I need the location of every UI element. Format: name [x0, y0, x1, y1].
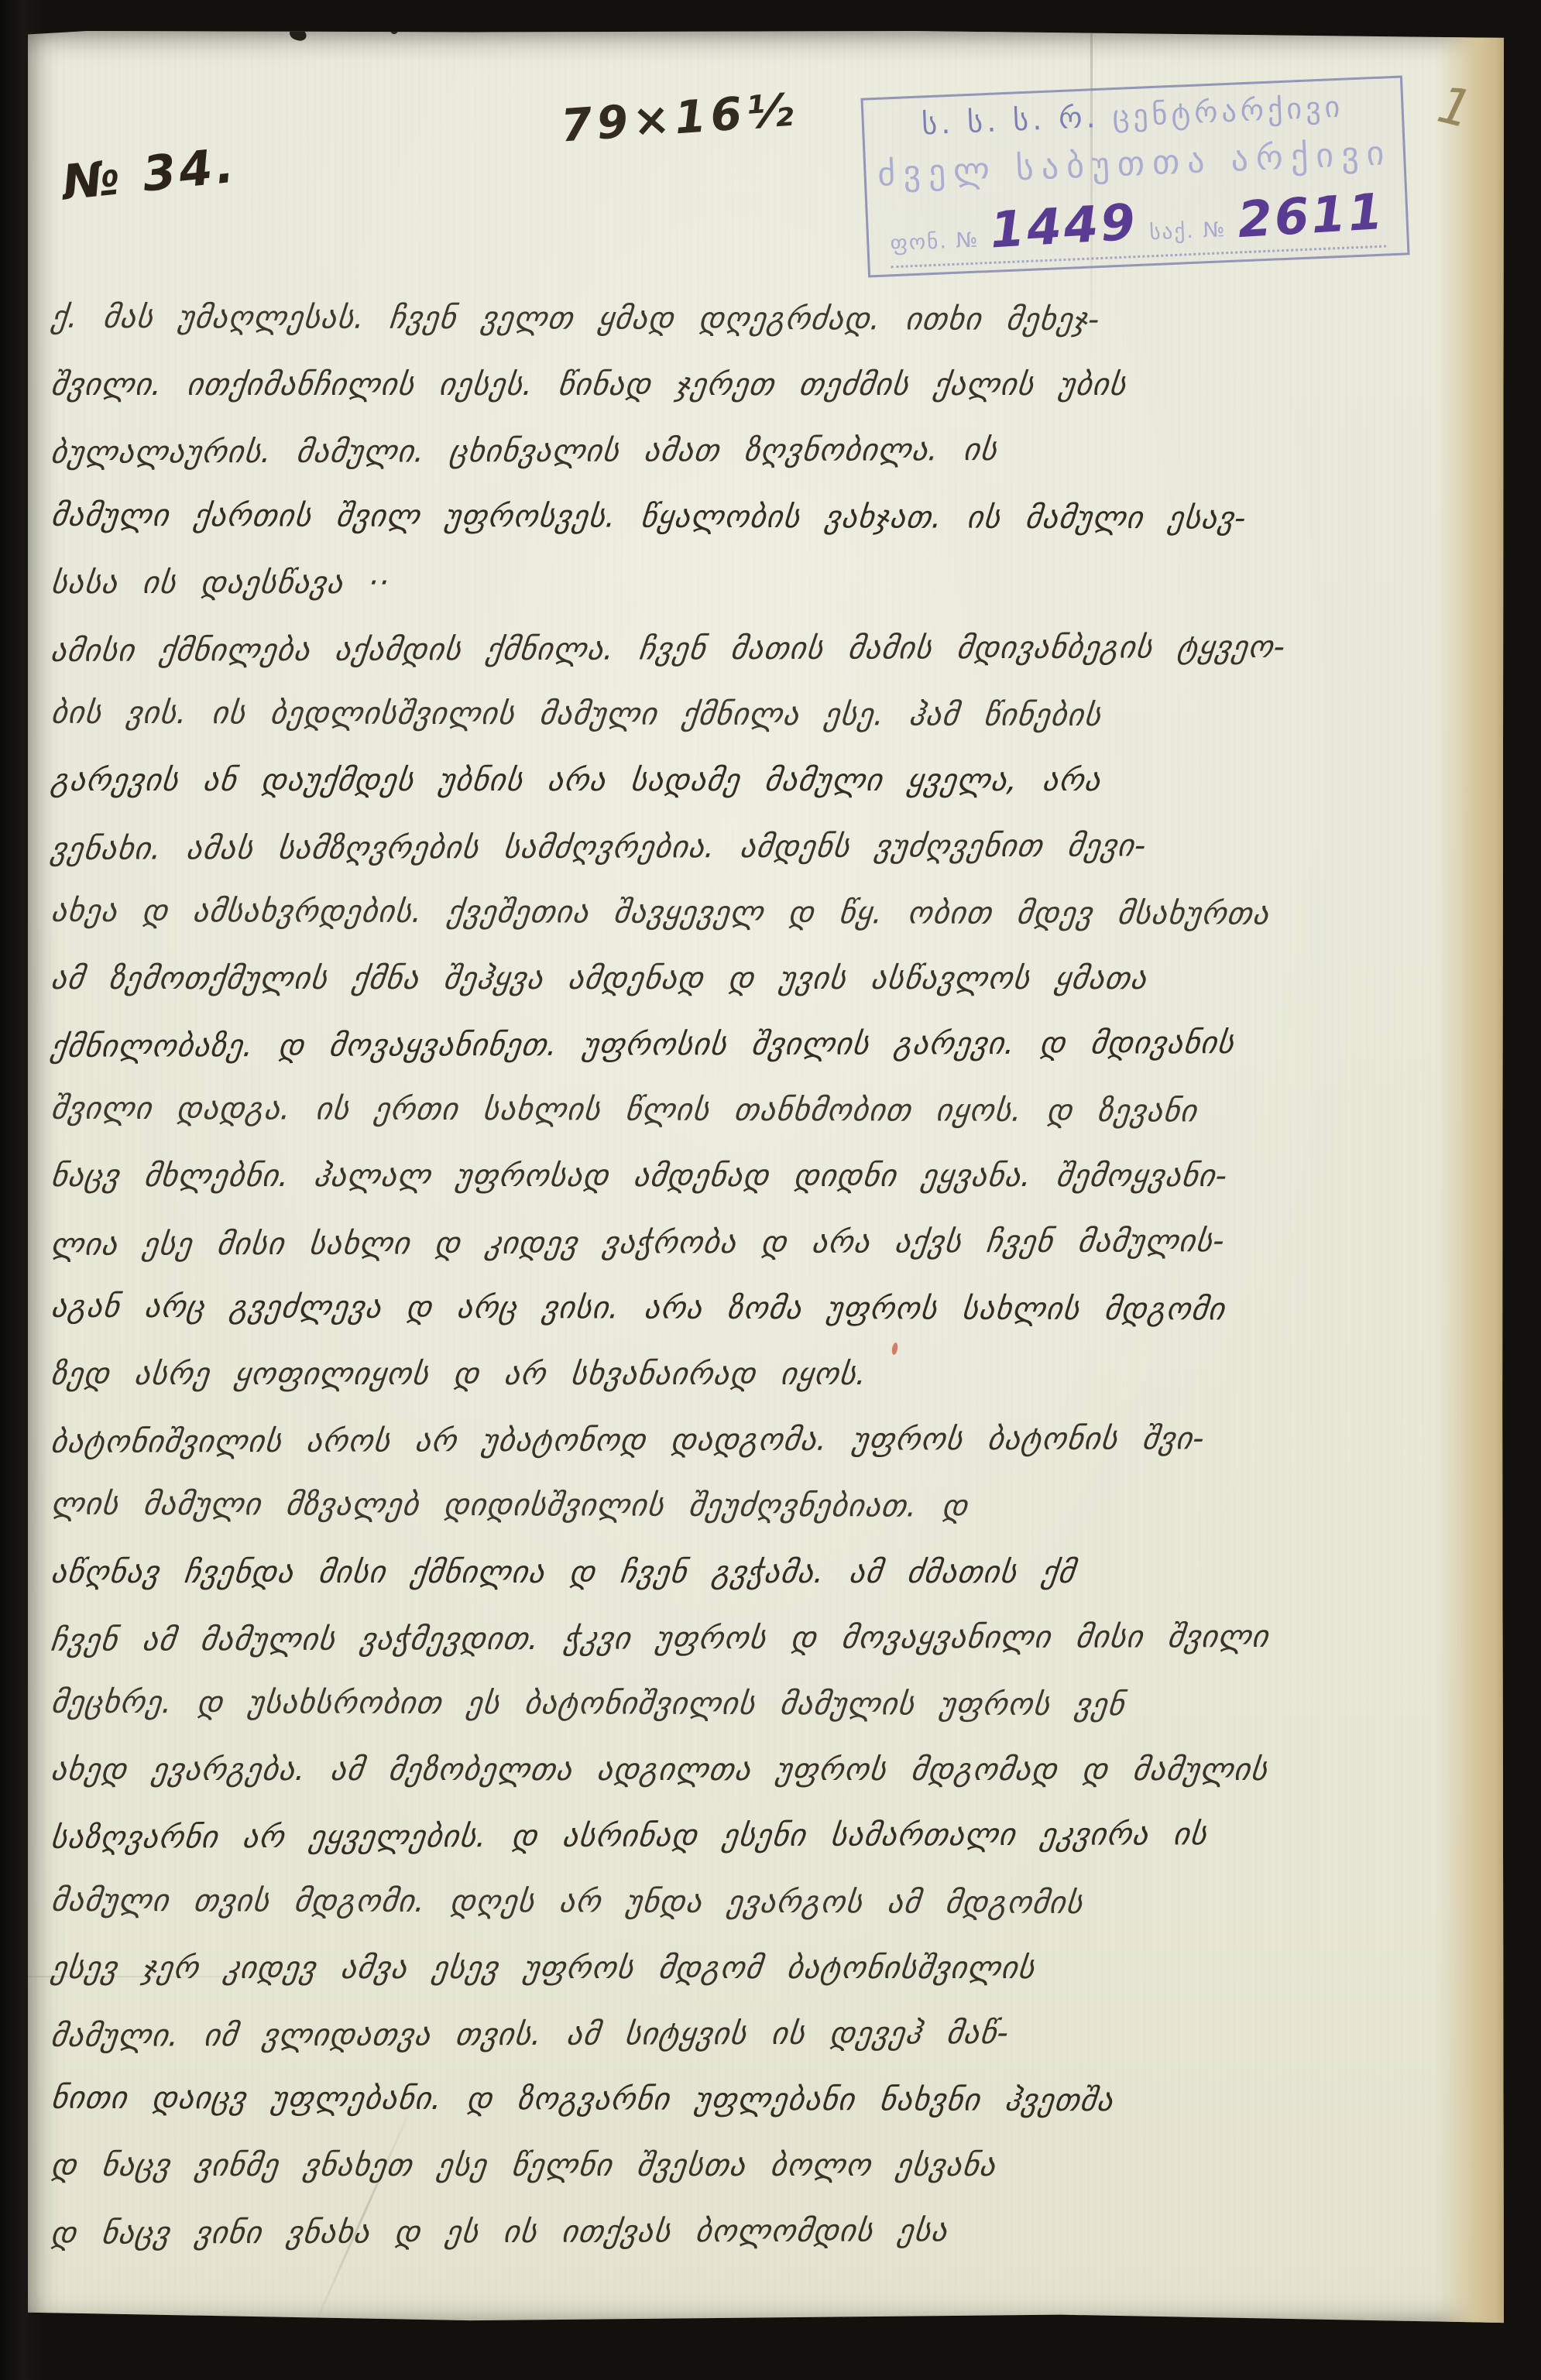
- manuscript-line: ლია ესე მისი სახლი დ კიდევ ვაჭრობა დ არა…: [47, 1208, 1478, 1278]
- manuscript-line: დ ნაცვ ვინი ვნახა დ ეს ის ითქვას ბოლომდი…: [47, 2197, 1478, 2268]
- manuscript-line: გარევის ან დაუქმდეს უბნის არა სადამე მამ…: [47, 748, 1477, 814]
- manuscript-line: ლის მამული მზვალებ დიდისშვილის შეუძღვნებ…: [48, 1472, 1477, 1542]
- stamp-case-label: საქ. №: [1149, 218, 1227, 245]
- manuscript-line: ნითი დაიცვ უფლებანი. დ ზოგვარნი უფლებანი…: [48, 2066, 1477, 2135]
- manuscript-line: მამული ქართის შვილ უფროსვეს. წყალობის ვა…: [48, 482, 1477, 552]
- manuscript-line: ქმნილობაზე. დ მოვაყვანინეთ. უფროსის შვილ…: [47, 1010, 1478, 1080]
- manuscript-line: მამული თვის მდგომი. დღეს არ უნდა ევარგოს…: [48, 1867, 1477, 1937]
- manuscript-line: მეცხრე. დ უსახსრობით ეს ბატონიშვილის მამ…: [48, 1670, 1477, 1740]
- stamp-org-name: ცენტრარქივი: [1112, 90, 1344, 133]
- manuscript-line: აგან არც გვეძლევა დ არც ვისი. არა ზომა უ…: [48, 1274, 1477, 1344]
- manuscript-line: დ ნაცვ ვინმე ვნახეთ ესე წელნი შვესთა ბოლ…: [47, 2133, 1477, 2199]
- manuscript-line: შვილი. ითქიმანჩილის იესეს. წინად ჯერეთ თ…: [47, 352, 1477, 418]
- manuscript-line: ნაცვ მხლებნი. ჰალალ უფროსად ამდენად დიდნ…: [47, 1144, 1477, 1209]
- manuscript-line: შვილი დადგა. ის ერთი სახლის წლის თანხმობ…: [48, 1076, 1477, 1146]
- manuscript-line: ბატონიშვილის აროს არ უბატონოდ დადგომა. უ…: [47, 1405, 1478, 1476]
- stamp-department: ძველ საბუთთა არქივი: [877, 133, 1392, 194]
- stamp-org-line: ს. ს. ს. რ. ცენტრარქივი: [921, 90, 1344, 142]
- manuscript-line: ბულალაურის. მამული. ცხინვალის ამათ ზღვნო…: [47, 416, 1478, 486]
- manuscript-line: ახეა დ ამსახვრდების. ქვეშეთია შავყეველ დ…: [48, 878, 1477, 948]
- manuscript-page: № 34. 79×16½ 1 ს. ს. ს. რ. ცენტრარქივი ძ…: [28, 31, 1504, 2327]
- stamp-numbers-row: ფონ. № 1449 საქ. № 2611: [889, 185, 1386, 269]
- manuscript-line: ესევ ჯერ კიდევ ამვა ესევ უფროს მდგომ ბატ…: [47, 1936, 1477, 2001]
- stamp-case-number: 2611: [1236, 183, 1386, 249]
- manuscript-line: ამ ზემოთქმულის ქმნა შეჰყვა ამდენად დ უვი…: [47, 946, 1477, 1012]
- manuscript-line: მამული. იმ ვლიდათვა თვის. ამ სიტყვის ის …: [47, 1999, 1478, 2070]
- stamp-fond-label: ფონ. №: [890, 228, 980, 256]
- stamp-org-prefix: ს. ს. ს. რ.: [921, 100, 1100, 142]
- document-number: № 34.: [60, 136, 239, 211]
- manuscript-line: სასა ის დაესწავა ··: [47, 550, 1477, 616]
- manuscript-line: ქ. მას უმაღლესას. ჩვენ ველთ ყმად დღეგრძა…: [48, 285, 1477, 355]
- manuscript-line: ბის ვის. ის ბედლისშვილის მამული ქმნილა ე…: [48, 681, 1477, 750]
- manuscript-line: ამისი ქმნილება აქამდის ქმნილა. ჩვენ მათი…: [47, 614, 1478, 684]
- archive-stamp: ს. ს. ს. რ. ცენტრარქივი ძველ საბუთთა არქ…: [860, 75, 1409, 277]
- dimension-note: 79×16½: [559, 83, 799, 152]
- manuscript-line: ჩვენ ამ მამულის ვაჭმევდით. ჭკვი უფროს დ …: [47, 1603, 1478, 1674]
- manuscript-line: საზღვარნი არ ეყველების. დ ასრინად ესენი …: [47, 1801, 1478, 1871]
- manuscript-line: ვენახი. ამას სამზღვრების სამძღვრებია. ამ…: [47, 812, 1478, 883]
- stamp-fond-number: 1449: [989, 194, 1139, 259]
- manuscript-line: აწღნავ ჩვენდა მისი ქმნილია დ ჩვენ გვჭამა…: [47, 1540, 1477, 1606]
- manuscript-body: ქ. მას უმაღლესას. ჩვენ ველთ ყმად დღეგრძა…: [51, 286, 1473, 2265]
- manuscript-line: ახედ ევარგება. ამ მეზობელთა ადგილთა უფრო…: [47, 1737, 1477, 1803]
- manuscript-line: ზედ ასრე ყოფილიყოს დ არ სხვანაირად იყოს.: [47, 1342, 1477, 1408]
